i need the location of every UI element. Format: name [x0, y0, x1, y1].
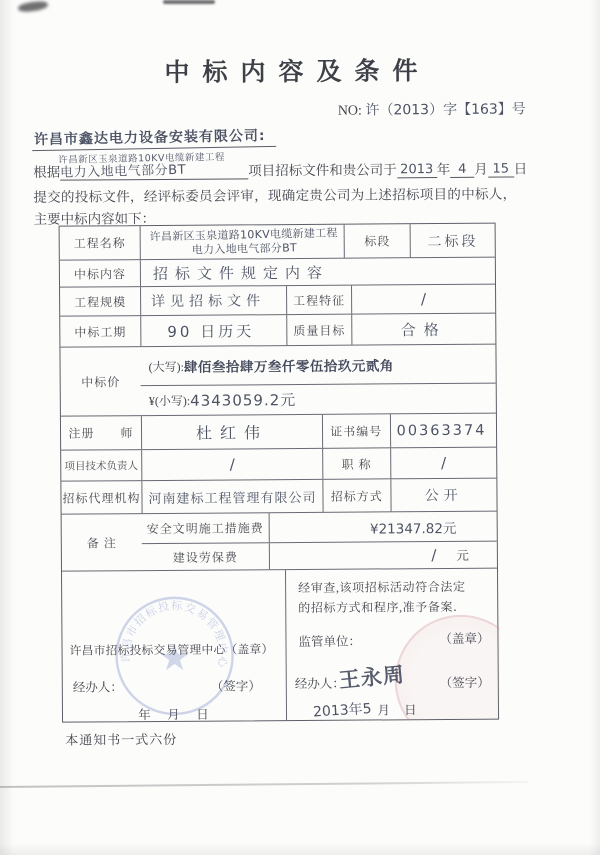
trade-center-name: 许昌市招标投标交易管理中心（盖章） [69, 640, 273, 658]
right-sign-hint: （签字） [440, 673, 490, 691]
row-duration: 中标工期 90 日历天 质量目标 合格 [60, 314, 495, 348]
bid-content-value: 招标文件规定内容 [140, 258, 495, 286]
duration-label: 中标工期 [60, 316, 140, 347]
intro-lead: 根据 [33, 161, 60, 181]
row-project-name: 工程名称 许昌新区玉泉道路10KV电缆新建工程 电力入地电气部分BT 标段 二标… [60, 224, 495, 261]
project-name-line2: 电力入地电气部分BT [191, 241, 297, 257]
fee2-unit: 元 [456, 548, 469, 562]
date-day-unit: 日 [404, 703, 417, 717]
agency-value: 河南建标工程管理有限公司 [141, 480, 322, 513]
tech-lead-label: 项目技术负责人 [61, 450, 141, 481]
tech-lead-value: / [141, 449, 322, 480]
project-scale-label: 工程规模 [60, 287, 140, 316]
project-name-label: 工程名称 [60, 226, 140, 260]
registrar-label: 注册 师 [61, 416, 141, 450]
year-value: 2013 [400, 162, 433, 177]
price-uppercase-prefix: (大写): [141, 357, 184, 374]
trade-center-cell: 许昌市招标投标交易管理中心 ★ 许昌市招标投标交易管理中心（盖章） 经办人： （… [62, 570, 286, 722]
cert-number-label: 证书编号 [322, 414, 390, 447]
document-content: 中标内容及条件 NO: 许（2013）字【163】号 许昌市鑫达电力设备安装有限… [0, 0, 600, 855]
review-text: 经审查,该项招标活动符合法定 的招标方式和程序,准予备案． [298, 577, 494, 618]
month-unit: 月 [474, 158, 488, 178]
left-date-line: 年 月 日 [63, 704, 286, 724]
project-fill-blank: 电力入地电气部分BT [60, 163, 248, 180]
job-title-label: 职 称 [322, 448, 390, 478]
bid-price-lowercase: ¥(小写): 4343059.2元 [141, 383, 496, 415]
copies-footnote: 本通知书一式六份 [65, 729, 177, 749]
section-label: 标段 [343, 224, 410, 257]
row-agency: 招标代理机构 河南建标工程管理有限公司 招标方式 公开 [61, 479, 496, 515]
remarks-label: 备 注 [62, 514, 142, 571]
day-blank: 15 [488, 162, 514, 178]
row-signatures: 许昌市招标投标交易管理中心 ★ 许昌市招标投标交易管理中心（盖章） 经办人： （… [62, 569, 498, 722]
fee1-label: 安全文明施工措施费 [142, 513, 270, 543]
registrar-value: 杜红伟 [141, 415, 322, 449]
document-number-value: 许（2013）字【163】号 [365, 101, 525, 118]
left-sign-hint: （签字） [211, 676, 261, 694]
project-fill-value: 电力入地电气部分BT [60, 164, 186, 181]
document-number: NO: 许（2013）字【163】号 [338, 98, 526, 119]
recipient-company: 许昌市鑫达电力设备安装有限公司: [32, 125, 276, 151]
bid-price-uppercase: (大写): 肆佰叁拾肆万叁仟零伍拾玖元贰角 [140, 345, 495, 385]
supervisor-cell: 经审查,该项招标活动符合法定 的招标方式和程序,准予备案． 监管单位： （盖章）… [285, 569, 500, 720]
row-tech-lead: 项目技术负责人 / 职 称 / [61, 448, 496, 482]
intro-line-2: 提交的投标文件，经评标委员会评审，现确定贵公司为上述招标项目的中标人， [33, 182, 581, 206]
agency-label: 招标代理机构 [61, 481, 141, 514]
intro-line-1: 根据电力入地电气部分BT项目招标文件和贵公司于 2013年 4月 15日 [33, 157, 578, 181]
bid-method-value: 公开 [390, 479, 497, 512]
review-line-1: 经审查,该项招标活动符合法定 [298, 577, 494, 598]
section-value: 二标段 [410, 224, 495, 258]
fee1-value: ¥21347.82元 [270, 516, 497, 538]
row-project-scale: 工程规模 详见招标文件 工程特征 / [60, 285, 495, 317]
operator-signature: 王永周 [337, 658, 406, 694]
bid-table: 工程名称 许昌新区玉泉道路10KV电缆新建工程 电力入地电气部分BT 标段 二标… [59, 223, 499, 723]
page-title: 中标内容及条件 [0, 50, 598, 90]
project-name-value: 许昌新区玉泉道路10KV电缆新建工程 电力入地电气部分BT [140, 225, 344, 259]
intro-mid: 项目招标文件和贵公司于 [248, 158, 397, 179]
month-blank: 4 [450, 162, 474, 178]
remarks-fee2: 建设劳保费 /元 [142, 541, 497, 570]
row-bid-price: 中标价 (大写): 肆佰叁拾肆万叁仟零伍拾玖元贰角 ¥(小写): 4343059… [60, 345, 495, 417]
day-unit: 日 [514, 157, 528, 177]
price-uppercase-value: 肆佰叁拾肆万叁仟零伍拾玖元贰角 [184, 354, 394, 375]
supervisor-seal-hint: （盖章） [439, 629, 489, 647]
price-lowercase-value: 4343059.2元 [190, 389, 296, 411]
right-date-line: 2013年5月日 [313, 699, 417, 720]
remarks-fee1: 安全文明施工措施费 ¥21347.82元 [142, 512, 497, 543]
bid-method-label: 招标方式 [322, 479, 390, 511]
right-operator-label: 经办人： [295, 674, 345, 692]
row-registrar: 注册 师 杜红伟 证书编号 00363374 [61, 414, 496, 451]
month-value: 4 [458, 162, 466, 177]
project-scale-value: 详见招标文件 [140, 286, 286, 315]
project-name-line1: 许昌新区玉泉道路10KV电缆新建工程 [150, 226, 338, 243]
fee2-label: 建设劳保费 [142, 543, 270, 570]
bid-content-label: 中标内容 [60, 260, 140, 287]
cert-number-value: 00363374 [389, 414, 496, 448]
left-operator-label: 经办人： [73, 677, 123, 695]
row-remarks: 备 注 安全文明施工措施费 ¥21347.82元 建设劳保费 /元 [62, 512, 497, 572]
project-feature-label: 工程特征 [286, 286, 351, 314]
quality-goal-value: 合格 [351, 314, 495, 345]
handwritten-date: 2013年5 [312, 698, 372, 720]
supervisor-label: 监管单位： [298, 632, 361, 650]
year-blank: 2013 [397, 162, 437, 178]
day-value: 15 [492, 162, 509, 177]
date-month-unit: 月 [377, 703, 390, 717]
scanned-document-page: 中标内容及条件 NO: 许（2013）字【163】号 许昌市鑫达电力设备安装有限… [0, 0, 600, 855]
fee2-value: / [431, 546, 436, 564]
price-lowercase-prefix: ¥(小写): [141, 392, 190, 409]
project-feature-value: / [351, 285, 495, 314]
bid-price-label: 中标价 [60, 347, 140, 416]
job-title-value: / [390, 448, 497, 479]
review-line-2: 的招标方式和程序,准予备案． [298, 597, 494, 618]
row-bid-content: 中标内容 招标文件规定内容 [60, 258, 495, 288]
duration-value: 90 日历天 [140, 315, 286, 346]
quality-goal-label: 质量目标 [286, 315, 351, 345]
year-unit: 年 [437, 158, 451, 178]
document-number-prefix: NO: [338, 104, 362, 119]
